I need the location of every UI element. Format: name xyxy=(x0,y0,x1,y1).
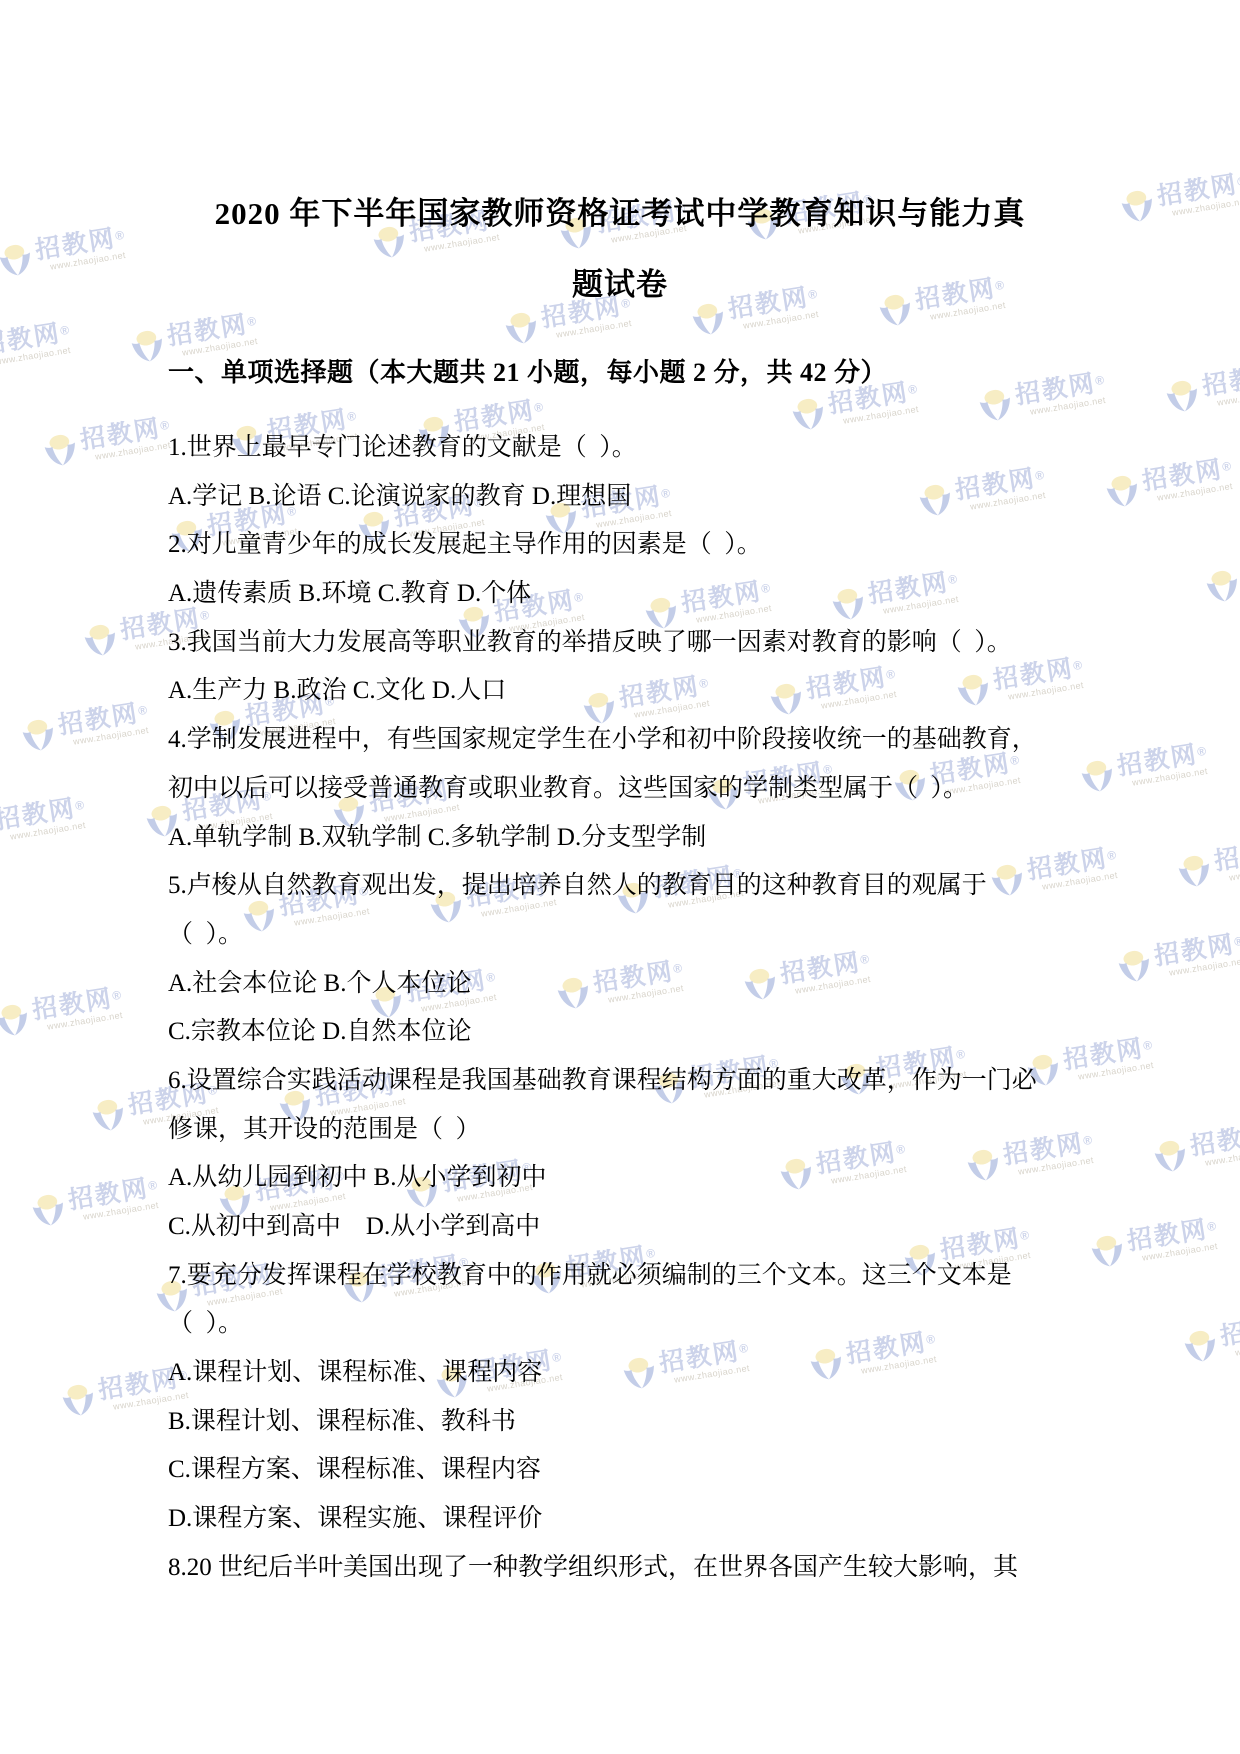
zhaojiaowang-watermark: 招教网®www.zhaojiao.net xyxy=(973,367,1109,427)
question-7-stem-line: （ ）。 xyxy=(168,1300,1098,1349)
question-6-options-line: C.从初中到高中 D.从小学到高中 xyxy=(168,1203,1098,1252)
watermark-url-text: www.zhaojiao.net xyxy=(1216,386,1240,408)
registered-trademark-icon: ® xyxy=(1196,744,1207,759)
watermark-hands-ball-icon xyxy=(1160,376,1203,418)
registered-trademark-icon: ® xyxy=(1106,848,1117,863)
watermark-url-text: www.zhaojiao.net xyxy=(82,1200,160,1222)
watermark-brand-text: 招教网® xyxy=(56,698,149,740)
watermark-brand-text: 招教网® xyxy=(1188,1119,1240,1161)
watermark-hands-ball-icon xyxy=(16,715,59,757)
registered-trademark-icon: ® xyxy=(1233,934,1240,949)
question-4-options-line: A.单轨学制 B.双轨学制 C.多轨学制 D.分支型学制 xyxy=(168,814,1098,863)
watermark-hands-ball-icon xyxy=(38,430,81,472)
question-5-stem-line: （ ）。 xyxy=(168,911,1098,960)
question-4-stem-line: 初中以后可以接受普通教育或职业教育。这些国家的学制类型属于（ ）。 xyxy=(168,765,1098,814)
question-6-options-line: A.从幼儿园到初中 B.从小学到初中 xyxy=(168,1154,1098,1203)
watermark-brand-text: 招教网® xyxy=(1218,1309,1240,1351)
registered-trademark-icon: ® xyxy=(533,400,544,415)
question-7-options-line: B.课程计划、课程标准、教科书 xyxy=(168,1398,1098,1447)
question-7-options-line: C.课程方案、课程标准、课程内容 xyxy=(168,1446,1098,1495)
zhaojiaowang-watermark: 招教网®www.zhaojiao.net xyxy=(1178,1308,1240,1368)
question-3-stem-line: 3.我国当前大力发展高等职业教育的举措反映了哪一因素对教育的影响（ ）。 xyxy=(168,619,1098,668)
watermark-hands-ball-icon xyxy=(1112,946,1155,988)
registered-trademark-icon: ® xyxy=(1221,459,1232,474)
watermark-url-text: www.zhaojiao.net xyxy=(1131,766,1209,788)
question-5-options-line: A.社会本位论 B.个人本位论 xyxy=(168,960,1098,1009)
watermark-hands-ball-icon xyxy=(1148,1136,1191,1178)
doc-title: 2020 年下半年国家教师资格证考试中学教育知识与能力真 题试卷 xyxy=(90,178,1150,320)
watermark-brand-text: 招教网® xyxy=(0,793,86,835)
registered-trademark-icon: ® xyxy=(907,382,918,397)
watermark-hands-ball-icon xyxy=(125,326,168,368)
zhaojiaowang-watermark: 招教网®www.zhaojiao.net xyxy=(1112,928,1240,988)
question-2-options-line: A.遗传素质 B.环境 C.教育 D.个体 xyxy=(168,570,1098,619)
registered-trademark-icon: ® xyxy=(1206,1219,1217,1234)
watermark-url-text: www.zhaojiao.net xyxy=(94,440,172,462)
watermark-brand-text: 招教网® xyxy=(66,1173,159,1215)
zhaojiaowang-watermark: 招教网®www.zhaojiao.net xyxy=(0,317,73,377)
registered-trademark-icon: ® xyxy=(346,409,357,424)
watermark-hands-ball-icon xyxy=(0,1000,33,1042)
watermark-url-text: www.zhaojiao.net xyxy=(1141,1241,1219,1263)
watermark-brand-text: 招教网® xyxy=(0,318,71,360)
exam-paper-page: 招教网®www.zhaojiao.net招教网®www.zhaojiao.net… xyxy=(0,0,1240,1754)
question-list: 1.世界上最早专门论述教育的文献是（ ）。A.学记 B.论语 C.论演说家的教育… xyxy=(168,424,1098,1593)
watermark-url-text: www.zhaojiao.net xyxy=(46,1010,124,1032)
zhaojiaowang-watermark: 招教网®www.zhaojiao.net xyxy=(0,792,88,852)
watermark-url-text: www.zhaojiao.net xyxy=(1228,861,1240,883)
watermark-brand-text: 招教网® xyxy=(1140,454,1233,496)
zhaojiaowang-watermark: 招教网®www.zhaojiao.net xyxy=(1148,1118,1240,1178)
zhaojiaowang-watermark: 招教网®www.zhaojiao.net xyxy=(1160,358,1240,418)
watermark-brand-text: 招教网® xyxy=(1200,359,1240,401)
zhaojiaowang-watermark: 招教网®www.zhaojiao.net xyxy=(1100,453,1236,513)
registered-trademark-icon: ® xyxy=(1094,373,1105,388)
watermark-url-text: www.zhaojiao.net xyxy=(1168,956,1240,978)
watermark-url-text: www.zhaojiao.net xyxy=(1204,1146,1240,1168)
watermark-url-text: www.zhaojiao.net xyxy=(72,725,150,747)
watermark-url-text: www.zhaojiao.net xyxy=(842,404,920,426)
watermark-hands-ball-icon xyxy=(78,620,121,662)
zhaojiaowang-watermark: 招教网®www.zhaojiao.net xyxy=(38,412,174,472)
watermark-brand-text: 招教网® xyxy=(78,413,171,455)
watermark-hands-ball-icon xyxy=(1178,1326,1221,1368)
registered-trademark-icon: ® xyxy=(111,988,122,1003)
zhaojiaowang-watermark: 招教网®www.zhaojiao.net xyxy=(26,1172,162,1232)
watermark-url-text: www.zhaojiao.net xyxy=(1171,196,1240,218)
question-2-stem-line: 2.对儿童青少年的成长发展起主导作用的因素是（ ）。 xyxy=(168,521,1098,570)
doc-title-line-2: 题试卷 xyxy=(90,249,1150,320)
zhaojiaowang-watermark: 招教网®www.zhaojiao.net xyxy=(1172,833,1240,893)
question-5-options-line: C.宗教本位论 D.自然本位论 xyxy=(168,1008,1098,1057)
watermark-brand-text: 招教网® xyxy=(1152,929,1240,971)
registered-trademark-icon: ® xyxy=(137,703,148,718)
watermark-hands-ball-icon xyxy=(1100,471,1143,513)
watermark-url-text: www.zhaojiao.net xyxy=(0,345,73,367)
registered-trademark-icon: ® xyxy=(1142,1038,1153,1053)
question-3-options-line: A.生产力 B.政治 C.文化 D.人口 xyxy=(168,667,1098,716)
registered-trademark-icon: ® xyxy=(147,1178,158,1193)
zhaojiaowang-watermark: 招教网®www.zhaojiao.net xyxy=(0,982,125,1042)
zhaojiaowang-watermark: 招教网®www.zhaojiao.net xyxy=(1085,1213,1221,1273)
question-8-stem-line: 8.20 世纪后半叶美国出现了一种教学组织形式，在世界各国产生较大影响，其 xyxy=(168,1544,1098,1593)
watermark-hands-ball-icon xyxy=(1200,566,1240,608)
question-1-stem-line: 1.世界上最早专门论述教育的文献是（ ）。 xyxy=(168,424,1098,473)
zhaojiaowang-watermark: 招教网®www.zhaojiao.net xyxy=(16,697,152,757)
question-4-stem-line: 4.学制发展进程中，有些国家规定学生在小学和初中阶段接收统一的基础教育， xyxy=(168,716,1098,765)
watermark-brand-text: 招教网® xyxy=(1115,739,1208,781)
watermark-hands-ball-icon xyxy=(56,1380,99,1422)
question-5-stem-line: 5.卢梭从自然教育观出发，提出培养自然人的教育目的这种教育目的观属于 xyxy=(168,862,1098,911)
watermark-url-text: www.zhaojiao.net xyxy=(1029,395,1107,417)
zhaojiaowang-watermark: 招教网®www.zhaojiao.net xyxy=(1200,548,1240,608)
question-1-options-line: A.学记 B.论语 C.论演说家的教育 D.理想国 xyxy=(168,473,1098,522)
watermark-brand-text: 招教网® xyxy=(1125,1214,1218,1256)
watermark-url-text: www.zhaojiao.net xyxy=(1234,1336,1240,1358)
watermark-brand-text: 招教网® xyxy=(1212,834,1240,876)
watermark-hands-ball-icon xyxy=(26,1190,69,1232)
watermark-brand-text: 招教网® xyxy=(1155,169,1240,211)
registered-trademark-icon: ® xyxy=(59,323,70,338)
watermark-hands-ball-icon xyxy=(86,1095,129,1137)
watermark-url-text: www.zhaojiao.net xyxy=(9,820,87,842)
question-6-stem-line: 6.设置综合实践活动课程是我国基础教育课程结构方面的重大改革，作为一门必 xyxy=(168,1057,1098,1106)
watermark-url-text: www.zhaojiao.net xyxy=(555,318,633,340)
question-6-stem-line: 修课，其开设的范围是（ ） xyxy=(168,1106,1098,1155)
question-7-options-line: D.课程方案、课程实施、课程评价 xyxy=(168,1495,1098,1544)
watermark-brand-text: 招教网® xyxy=(1013,368,1106,410)
watermark-hands-ball-icon xyxy=(973,385,1016,427)
registered-trademark-icon: ® xyxy=(1236,174,1240,189)
registered-trademark-icon: ® xyxy=(74,798,85,813)
watermark-brand-text: 招教网® xyxy=(30,983,123,1025)
watermark-hands-ball-icon xyxy=(0,240,36,282)
question-7-stem-line: 7.要充分发挥课程在学校教育中的作用就必须编制的三个文本。这三个文本是 xyxy=(168,1252,1098,1301)
question-7-options-line: A.课程计划、课程标准、课程内容 xyxy=(168,1349,1098,1398)
watermark-hands-ball-icon xyxy=(1172,851,1215,893)
section-heading: 一、单项选择题（本大题共 21 小题，每小题 2 分，共 42 分） xyxy=(168,352,887,389)
doc-title-line-1: 2020 年下半年国家教师资格证考试中学教育知识与能力真 xyxy=(90,178,1150,249)
watermark-url-text: www.zhaojiao.net xyxy=(1156,481,1234,503)
